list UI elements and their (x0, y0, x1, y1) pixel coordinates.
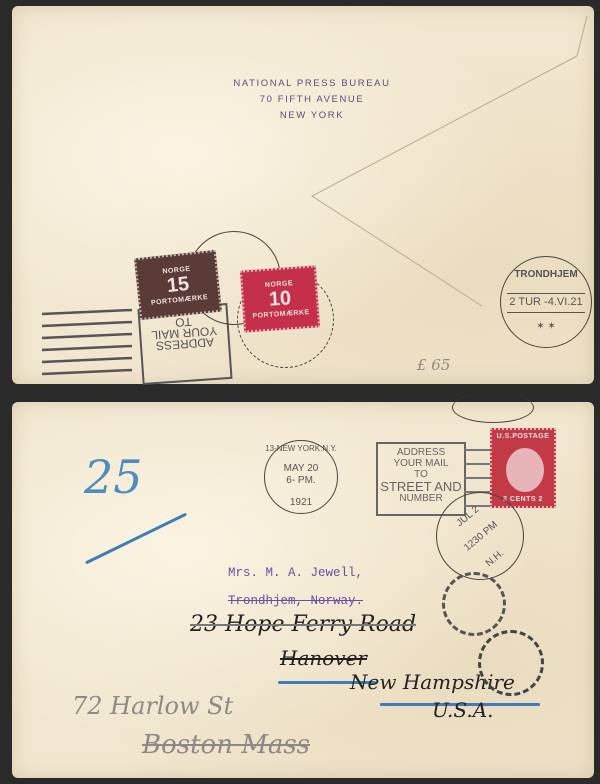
stamp-norge-15: NORGE 15 PORTOMÆRKE (134, 250, 222, 320)
transit-postmark-2 (478, 630, 544, 696)
envelope-front: 13-NEW YORK.N.Y. MAY 20 6- PM. 1921 ADDR… (12, 402, 594, 778)
pencil-forward-street: 72 Harlow St (72, 692, 233, 720)
stamp-norge-10: NORGE 10 PORTOMÆRKE (240, 265, 320, 332)
sender-line-2: 70 FIFTH AVENUE (202, 92, 422, 108)
sender-return-address: NATIONAL PRESS BUREAU 70 FIFTH AVENUE NE… (202, 76, 422, 124)
handwritten-country: U.S.A. (432, 698, 494, 722)
envelope-back: NATIONAL PRESS BUREAU 70 FIFTH AVENUE NE… (12, 6, 594, 384)
handwritten-street: 23 Hope Ferry Road (190, 612, 416, 637)
addressee-name: Mrs. M. A. Jewell, (228, 566, 363, 580)
postage-due-number: 25 (84, 450, 143, 504)
wavy-cancel-lines (37, 304, 137, 384)
original-address-struck: Trondhjem, Norway. (228, 594, 363, 608)
washington-portrait (506, 448, 544, 492)
postmark-partial-top (452, 392, 534, 423)
postmark-new-hampshire: JUL 2 1230 PM N.H. (436, 492, 524, 580)
sender-line-3: NEW YORK (202, 108, 422, 124)
sender-line-1: NATIONAL PRESS BUREAU (202, 76, 422, 92)
postmark-new-york: 13-NEW YORK.N.Y. MAY 20 6- PM. 1921 (264, 440, 338, 514)
pencil-price-note: £ 65 (417, 356, 450, 374)
postmark-trondhjem: TRONDHJEM 2 TUR -4.VI.21 ✶ ✶ (500, 256, 592, 348)
handwritten-town: Hanover (280, 646, 367, 670)
blue-crayon-stroke (85, 513, 187, 565)
transit-postmark-1 (442, 572, 506, 636)
pencil-forward-city: Boston Mass (142, 730, 310, 760)
